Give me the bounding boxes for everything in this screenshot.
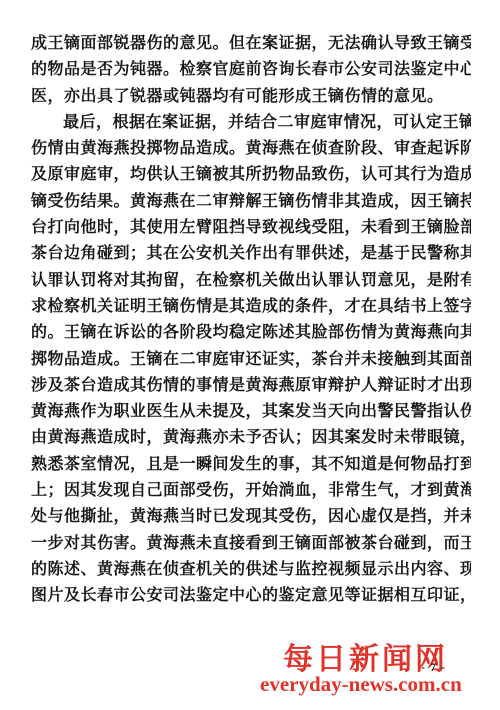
text-line: 上；因其发现自己面部受伤，开始淌血，非常生气，才到黄海燕 [31, 478, 471, 504]
text-line: 镝受伤结果。黄海燕在二审辩解王镝伤情非其造成，因王镝持茶 [31, 189, 471, 215]
text-line: 一步对其伤害。黄海燕未直接看到王镝面部被茶台碰到，而王镝 [31, 531, 471, 557]
text-line: 熟悉茶室情况，且是一瞬间发生的事，其不知道是何物品打到脸 [31, 452, 471, 478]
text-line: 最后，根据在案证据，并结合二审庭审情况，可认定王镝的 [31, 110, 471, 136]
text-line: 掷物品造成。王镝在二审庭审还证实，茶台并未接触到其面部， [31, 347, 471, 373]
text-line: 涉及茶台造成其伤情的事情是黄海燕原审辩护人辩证时才出现， [31, 373, 471, 399]
text-line: 由黄海燕造成时，黄海燕亦未予否认；因其案发时未带眼镜，不 [31, 425, 471, 451]
text-line: 及原审庭审，均供认王镝被其所扔物品致伤，认可其行为造成王 [31, 162, 471, 188]
site-url-text: everyday-news.com.cn [260, 672, 462, 697]
text-line: 医，亦出具了锐器或钝器均有可能形成王镝伤情的意见。 [31, 84, 471, 110]
text-line: 图片及长春市公安司法鉴定中心的鉴定意见等证据相互印证，能 [31, 583, 471, 609]
text-line: 的物品是否为钝器。检察官庭前咨询长春市公安司法鉴定中心法 [31, 57, 471, 83]
text-line: 求检察机关证明王镝伤情是其造成的条件，才在具结书上签字 [31, 294, 471, 320]
text-line: 的。王镝在诉讼的各阶段均稳定陈述其脸部伤情为黄海燕向其投 [31, 320, 471, 346]
document-page: 成王镝面部锐器伤的意见。但在案证据，无法确认导致王镝受伤的物品是否为钝器。检察官… [0, 0, 500, 710]
document-body: 成王镝面部锐器伤的意见。但在案证据，无法确认导致王镝受伤的物品是否为钝器。检察官… [31, 31, 471, 610]
text-line: 成王镝面部锐器伤的意见。但在案证据，无法确认导致王镝受伤 [31, 31, 471, 57]
text-line: 的陈述、黄海燕在侦查机关的供述与监控视频显示出内容、现场 [31, 557, 471, 583]
text-line: 认罪认罚将对其拘留，在检察机关做出认罪认罚意见，是附有要 [31, 268, 471, 294]
text-line: 处与他撕扯，黄海燕当时已发现其受伤，因心虚仅是挡，并未进 [31, 504, 471, 530]
text-line: 伤情由黄海燕投掷物品造成。黄海燕在侦查阶段、审查起诉阶段 [31, 136, 471, 162]
text-line: 黄海燕作为职业医生从未提及，其案发当天向出警民警指认伤情 [31, 399, 471, 425]
text-line: 台打向他时，其使用左臂阻挡导致视线受阻，未看到王镝脸部被 [31, 215, 471, 241]
text-line: 茶台边角碰到；其在公安机关作出有罪供述，是基于民警称其不 [31, 241, 471, 267]
